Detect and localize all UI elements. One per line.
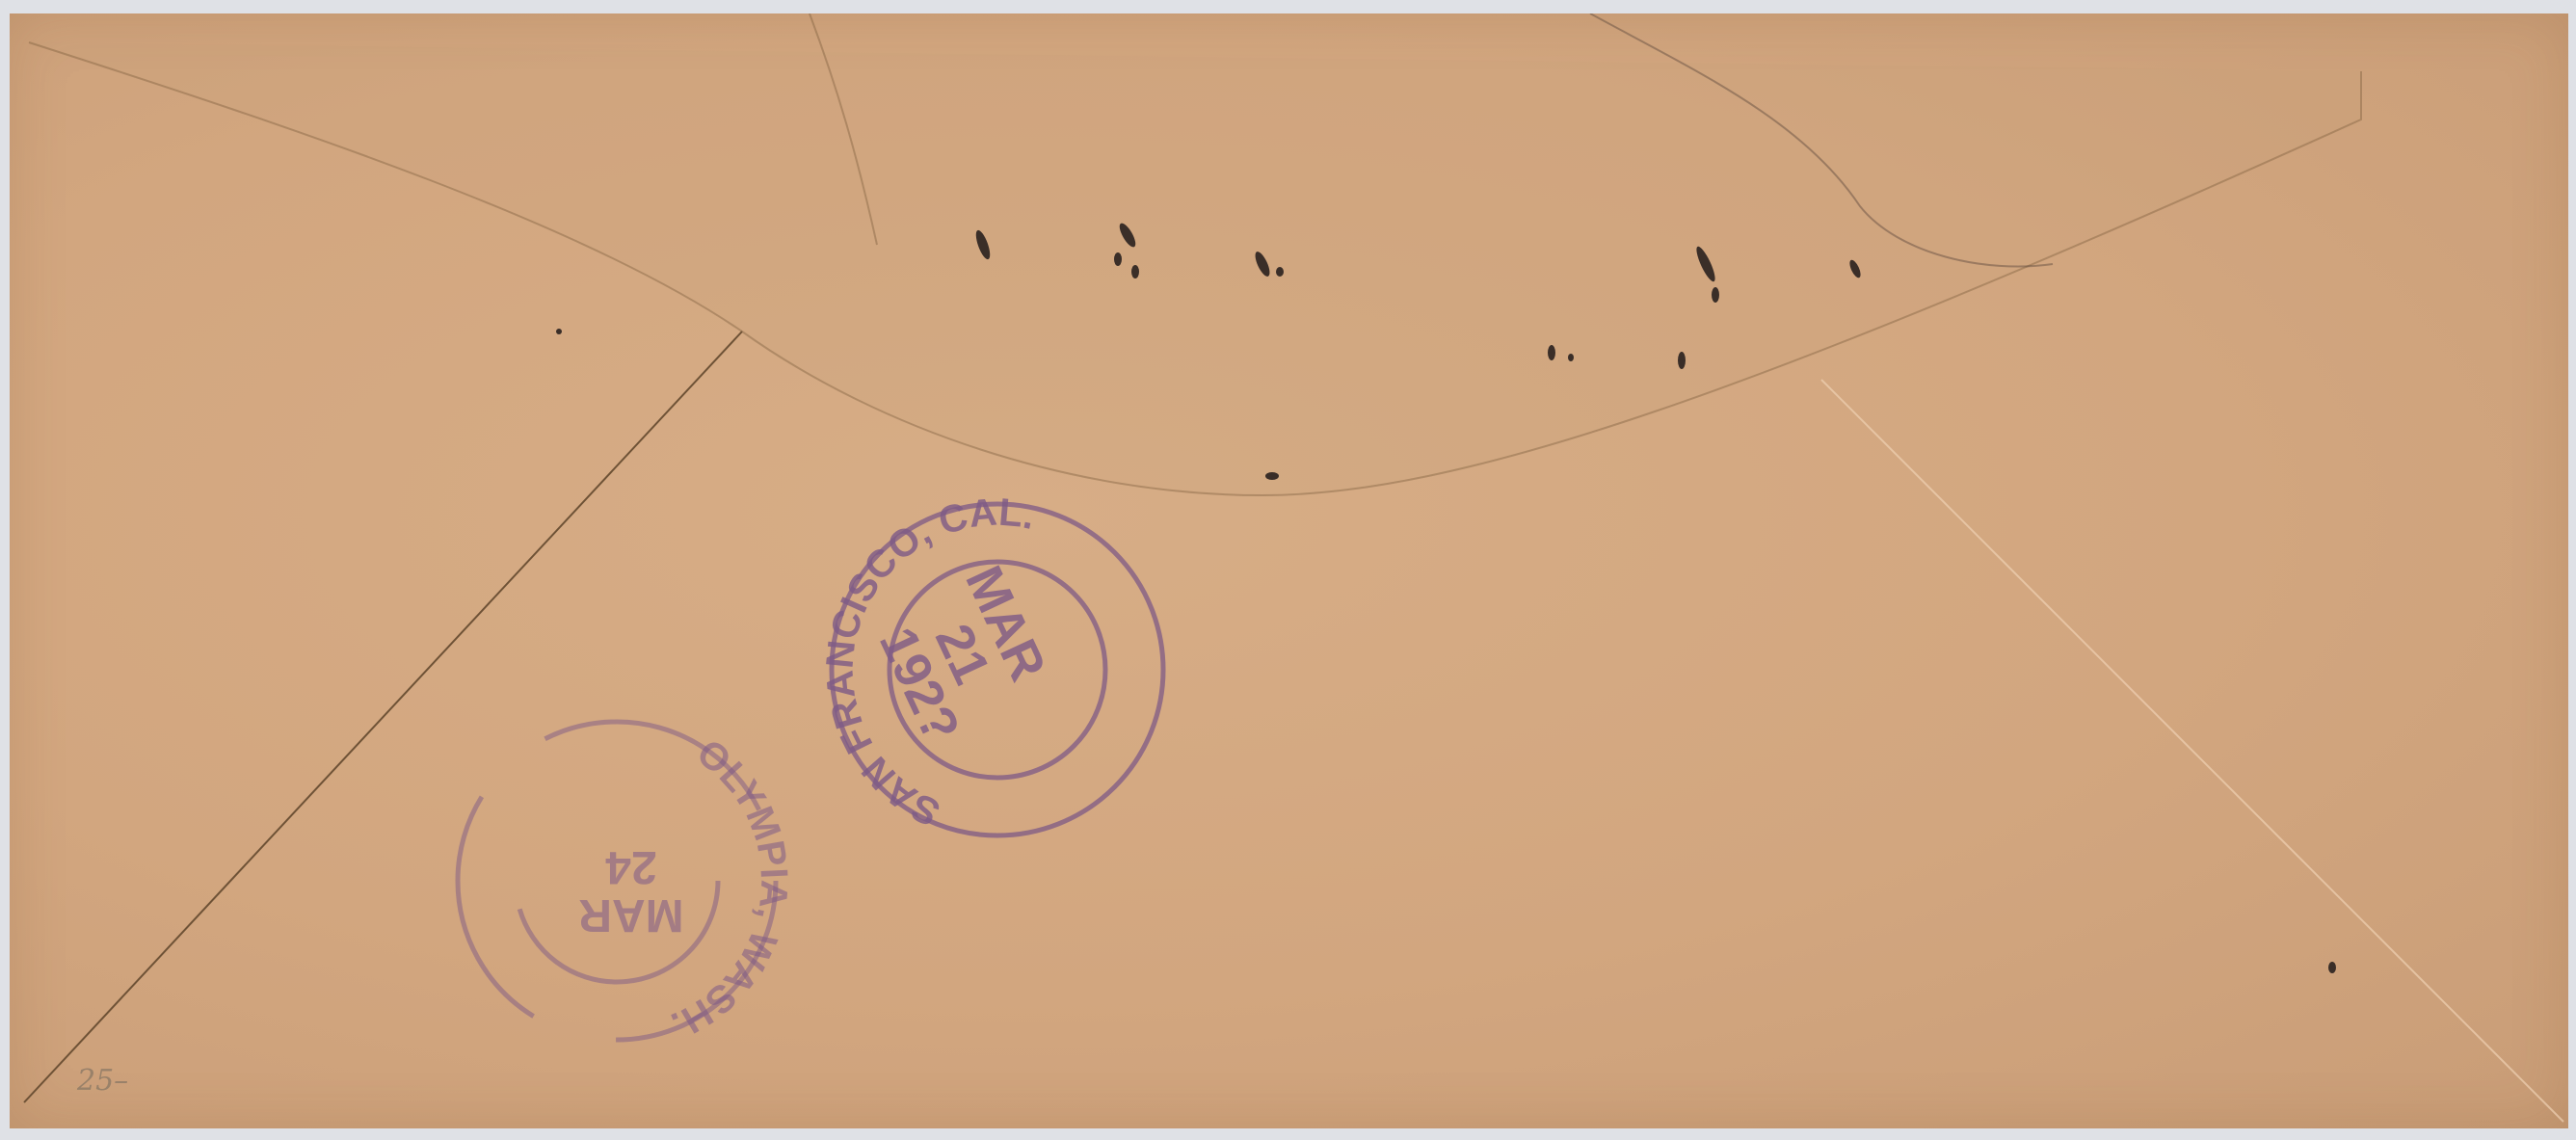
- postmark-san-francisco: SAN FRANCISCO, CAL. MAR 21 192?: [819, 491, 1176, 848]
- postmark-olympia-day: 24: [605, 841, 657, 892]
- pencil-note: 25–: [77, 1064, 128, 1098]
- postmark-olympia-month: MAR: [578, 889, 683, 941]
- postmark-olympia: OLYMPIA, WASH. MAR 24: [438, 722, 795, 1040]
- envelope-back: SAN FRANCISCO, CAL. MAR 21 192? OLY: [10, 13, 2568, 1128]
- ink-bleed-marks: [10, 13, 2568, 1128]
